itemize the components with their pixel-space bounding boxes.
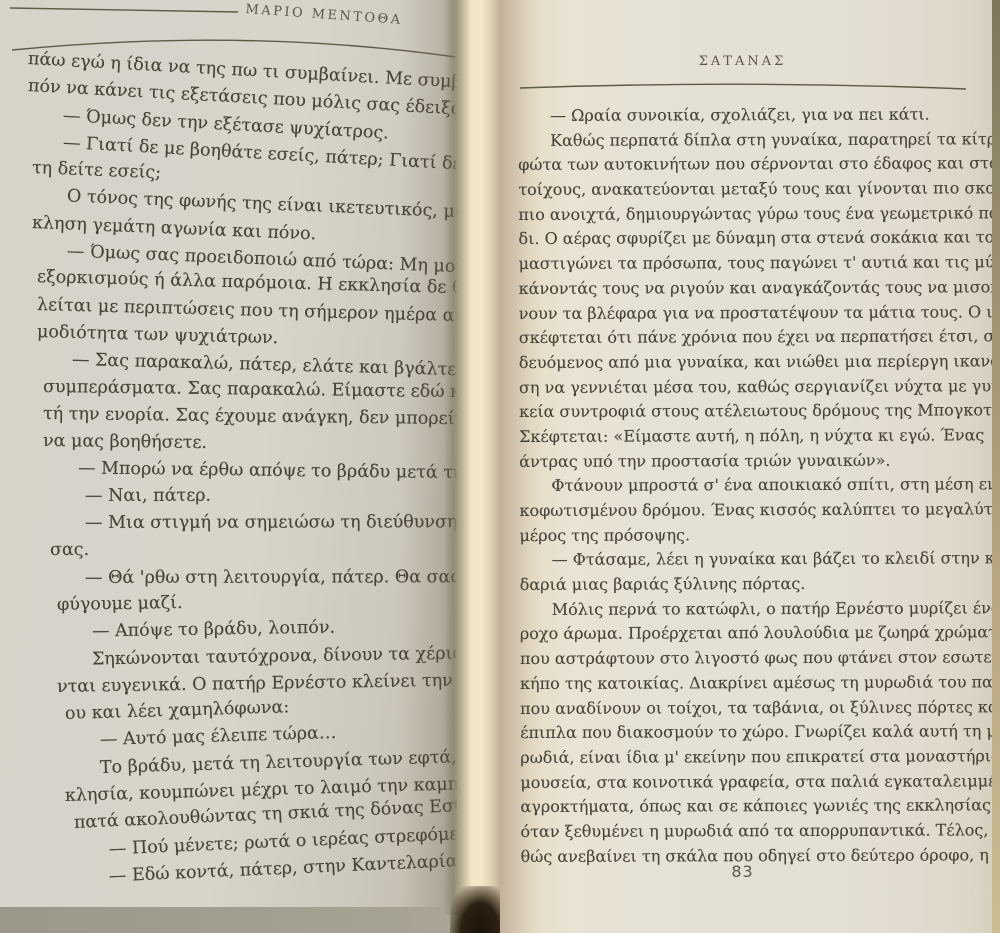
text-line: πιο ανοιχτά, δημιουργώντας γύρω τους ένα… bbox=[518, 201, 980, 227]
text-line: δι. Ο αέρας σφυρίζει με δύναμη στα στενά… bbox=[518, 226, 980, 252]
text-line: δευόμενος από μια γυναίκα, και νιώθει μι… bbox=[519, 349, 981, 375]
text-line: έπιπλα που διακοσμούν το χώρο. Γνωρίζει … bbox=[520, 720, 982, 746]
text-line: άντρας υπό την προστασία τριών γυναικών»… bbox=[519, 448, 981, 474]
page-number: 83 bbox=[520, 862, 965, 881]
text-line: ρωδιά, είναι ίδια μ' εκείνην που επικρατ… bbox=[520, 744, 982, 770]
book-photo: ΜΑΡΙΟ ΜΕΝΤΟΘΑ πάω εγώ η ίδια να της πω τ… bbox=[0, 0, 1000, 933]
text-line: νουν τα βλέφαρα για να προστατέψουν τα μ… bbox=[519, 300, 981, 326]
text-line: μέρος της πρόσοψης. bbox=[519, 522, 981, 548]
left-page: ΜΑΡΙΟ ΜΕΝΤΟΘΑ πάω εγώ η ίδια να της πω τ… bbox=[0, 0, 468, 907]
text-line: σκέφτεται ότι πάνε χρόνια που έχει να πε… bbox=[519, 325, 981, 351]
text-line: — Ωραία συνοικία, σχολιάζει, για να πει … bbox=[518, 102, 980, 128]
text-line: φώτα των αυτοκινήτων που σέρνονται στο έ… bbox=[518, 152, 980, 178]
text-line: Φτάνουν μπροστά σ' ένα αποικιακό σπίτι, … bbox=[519, 473, 981, 499]
text-line: ροχο άρωμα. Προέρχεται από λουλούδια με … bbox=[520, 621, 982, 647]
text-line: ση να γεννιέται μέσα του, καθώς σεργιανί… bbox=[519, 374, 981, 400]
text-line: Σκέφτεται: «Είμαστε αυτή, η πόλη, η νύχτ… bbox=[519, 423, 981, 449]
right-page-text: — Ωραία συνοικία, σχολιάζει, για να πει … bbox=[518, 102, 983, 869]
text-line: κοφωτισμένου δρόμου. Ένας κισσός καλύπτε… bbox=[519, 497, 981, 523]
text-line: Μόλις περνά το κατώφλι, ο πατήρ Ερνέστο … bbox=[520, 596, 982, 622]
text-line: αγροκτήματα, όπως και σε κάποιες γωνιές … bbox=[520, 794, 982, 820]
text-line: που αστράφτουν στο λιγοστό φως που φτάνε… bbox=[520, 646, 982, 672]
text-line: κήπο της κατοικίας. Διακρίνει αμέσως τη … bbox=[520, 670, 982, 696]
text-line: — Φτάσαμε, λέει η γυναίκα και βάζει το κ… bbox=[520, 547, 982, 573]
text-line: μαστιγώνει τα πρόσωπα, τους παγώνει τ' α… bbox=[519, 251, 981, 277]
text-line: μουσεία, στα κοινοτικά γραφεία, στα παλι… bbox=[520, 769, 982, 795]
text-line: όταν ξεθυμένει η μυρωδιά από τα απορρυπα… bbox=[520, 818, 982, 844]
text-line: που αναδίνουν οι τοίχοι, τα ταβάνια, οι … bbox=[520, 695, 982, 721]
text-line: τοίχους, ανακατεύονται μεταξύ τους και γ… bbox=[518, 176, 980, 202]
right-page: ΣΑΤΑΝΑΣ — Ωραία συνοικία, σχολιάζει, για… bbox=[500, 0, 992, 933]
text-line: κάνοντάς τους να ριγούν και αναγκάζοντάς… bbox=[519, 275, 981, 301]
text-line: δαριά μιας βαριάς ξύλινης πόρτας. bbox=[520, 571, 982, 597]
header-rule-right bbox=[500, 0, 992, 100]
text-line: Καθώς περπατά δίπλα στη γυναίκα, παρατηρ… bbox=[518, 127, 980, 153]
text-line: κεία συντροφιά στους ατέλειωτους δρόμους… bbox=[519, 399, 981, 425]
